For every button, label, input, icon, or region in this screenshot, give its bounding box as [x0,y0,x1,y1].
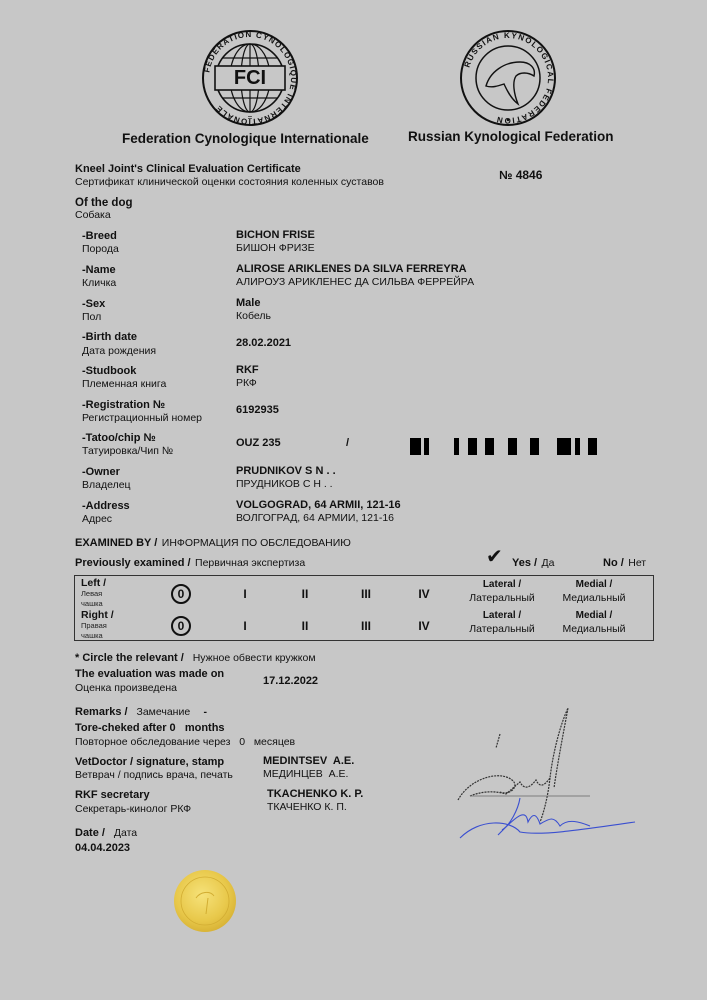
left-lateral-en: Lateral / [457,578,547,591]
registration-label-ru: Регистрационный номер [82,412,202,425]
gold-seal [172,868,238,934]
right-medial-en: Medial / [549,609,639,622]
certificate-title-ru: Сертификат клинической оценки состояния … [75,176,384,189]
right-grade-3[interactable]: III [354,619,378,633]
left-medial-en: Medial / [549,578,639,591]
fci-logo-text: FCI [226,66,274,90]
right-lateral-en: Lateral / [457,609,547,622]
yes-label-ru: Да [542,557,555,569]
circle-note-en: * Circle the relevant / [75,652,184,664]
examined-section-title: EXAMINED BY / ИНФОРМАЦИЯ ПО ОБСЛЕДОВАНИЮ [75,533,351,551]
previously-examined-ru: Первичная экспертиза [195,557,305,569]
date-value: 04.04.2023 [75,842,130,855]
vet-label-ru: Ветврач / подпись врача, печать [75,769,233,782]
secretary-label-en: RKF secretary [75,789,150,802]
left-medial-ru: Медиальный [549,591,639,606]
remarks-value: - [204,706,208,718]
no-label-ru: Нет [628,557,646,569]
name-value-en: ALIROSE ARIKLENES DA SILVA FERREYRA [236,263,467,276]
owner-label-en: -Owner [82,466,120,479]
owner-value-ru: ПРУДНИКОВ С Н . . [236,478,333,491]
date-label-en: Date / [75,827,105,839]
breed-value-ru: БИШОН ФРИЗЕ [236,242,315,255]
studbook-value-ru: РКФ [236,377,257,390]
right-medial-ru: Медиальный [549,622,639,637]
circle-note-ru: Нужное обвести кружком [193,652,316,664]
fci-logo: FEDERATION CYNOLOGIQUE INTERNATIONALE = … [198,28,302,128]
sex-value-en: Male [236,297,260,310]
evaluation-date: 17.12.2022 [263,675,318,688]
svg-text:=: = [248,113,253,122]
secretary-name-en: TKACHENKO K. P. [267,788,363,801]
studbook-label-ru: Племенная книга [82,378,166,391]
rkf-logo: RUSSIAN KYNOLOGICAL FEDERATION [456,28,560,128]
registration-value: 6192935 [236,404,279,417]
dog-section-title-ru: Собака [75,209,111,222]
left-label-ru-1: Левая [81,589,106,599]
tattoo-value: OUZ 235 [236,437,281,450]
left-grade-3[interactable]: III [354,587,378,601]
left-medial[interactable]: Medial / Медиальный [549,578,639,606]
recheck-label-ru: Повторное обследование через 0 месяцев [75,736,295,749]
right-medial[interactable]: Medial / Медиальный [549,609,639,637]
name-value-ru: АЛИРОУЗ АРИКЛЕНЕС ДА СИЛЬВА ФЕРРЕЙРА [236,276,474,289]
address-value-ru: ВОЛГОГРАД, 64 АРМИИ, 121-16 [236,512,394,525]
certificate-number: № 4846 [499,168,542,182]
evaluation-label-ru: Оценка произведена [75,682,177,695]
right-side-label: Right / Правая чашка [81,609,114,641]
vet-signature [440,700,650,850]
right-label-ru-2: чашка [81,631,114,641]
secretary-name-ru: ТКАЧЕНКО К. П. [267,801,347,814]
breed-label-ru: Порода [82,243,119,256]
tattoo-chip-separator: / [346,437,349,450]
grade-table: Left / Левая чашка 0 I II III IV Lateral… [74,575,654,641]
left-lateral-ru: Латеральный [457,591,547,606]
registration-label-en: -Registration № [82,399,165,412]
right-grade-2[interactable]: II [293,619,317,633]
date-label: Date / Дата [75,823,137,841]
no-label-en: No / [603,557,624,569]
right-grade-0-selected[interactable]: 0 [171,616,191,636]
right-label-ru-1: Правая [81,621,114,631]
right-lateral[interactable]: Lateral / Латеральный [457,609,547,637]
right-grade-1[interactable]: I [233,619,257,633]
sex-label-ru: Пол [82,311,101,324]
address-label-ru: Адрес [82,513,112,526]
yes-label-en: Yes / [512,557,537,569]
name-label-ru: Кличка [82,277,116,290]
left-label-ru-2: чашка [81,599,106,609]
evaluation-label-en: The evaluation was made on [75,668,224,681]
left-side-label: Left / Левая чашка [81,577,106,609]
previously-examined-en: Previously examined / [75,557,191,569]
owner-value-en: PRUDNIKOV S N . . [236,465,336,478]
left-grade-4[interactable]: IV [412,587,436,601]
date-label-ru: Дата [114,827,137,839]
name-label-en: -Name [82,264,116,277]
examined-title-en: EXAMINED BY / [75,537,157,549]
owner-label-ru: Владелец [82,479,131,492]
left-grade-0-selected[interactable]: 0 [171,584,191,604]
left-label-en: Left / [81,577,106,589]
right-grade-4[interactable]: IV [412,619,436,633]
rkf-name: Russian Kynological Federation [408,129,614,144]
right-label-en: Right / [81,609,114,621]
option-no[interactable]: No / Нет [603,553,646,571]
tattoo-label-en: -Tatoo/chip № [82,432,156,445]
fci-name: Federation Cynologique Internationale [122,131,369,146]
breed-value-en: BICHON FRISE [236,229,315,242]
studbook-value-en: RKF [236,364,259,377]
remarks-label-ru: Замечание [136,706,190,718]
remarks-label-en: Remarks / [75,706,128,718]
birth-date-value: 28.02.2021 [236,337,291,350]
address-value-en: VOLGOGRAD, 64 ARMII, 121-16 [236,499,401,512]
left-grade-1[interactable]: I [233,587,257,601]
right-lateral-ru: Латеральный [457,622,547,637]
circle-note: * Circle the relevant / Нужное обвести к… [75,648,316,666]
certificate-title-en: Kneel Joint's Clinical Evaluation Certif… [75,163,301,176]
check-icon: ✔ [486,546,503,568]
remarks: Remarks / Замечание - [75,702,207,720]
birth-date-label-en: -Birth date [82,331,137,344]
vet-label-en: VetDoctor / signature, stamp [75,756,224,769]
breed-label-en: -Breed [82,230,117,243]
recheck-label-en: Tore-cheked after 0 months [75,722,225,735]
sex-label-en: -Sex [82,298,105,311]
examined-title-ru: ИНФОРМАЦИЯ ПО ОБСЛЕДОВАНИЮ [162,537,351,549]
birth-date-label-ru: Дата рождения [82,345,156,358]
studbook-label-en: -Studbook [82,365,136,378]
address-label-en: -Address [82,500,130,513]
vet-name-ru: МЕДИНЦЕВ А.Е. [263,768,348,781]
option-yes[interactable]: Yes / Да [512,553,554,571]
sex-value-ru: Кобель [236,310,271,323]
secretary-label-ru: Секретарь-кинолог РКФ [75,803,191,816]
vet-name-en: MEDINTSEV A.E. [263,755,354,768]
tattoo-label-ru: Татуировка/Чип № [82,445,173,458]
left-lateral[interactable]: Lateral / Латеральный [457,578,547,606]
previously-examined: Previously examined / Первичная эксперти… [75,553,305,571]
left-grade-2[interactable]: II [293,587,317,601]
